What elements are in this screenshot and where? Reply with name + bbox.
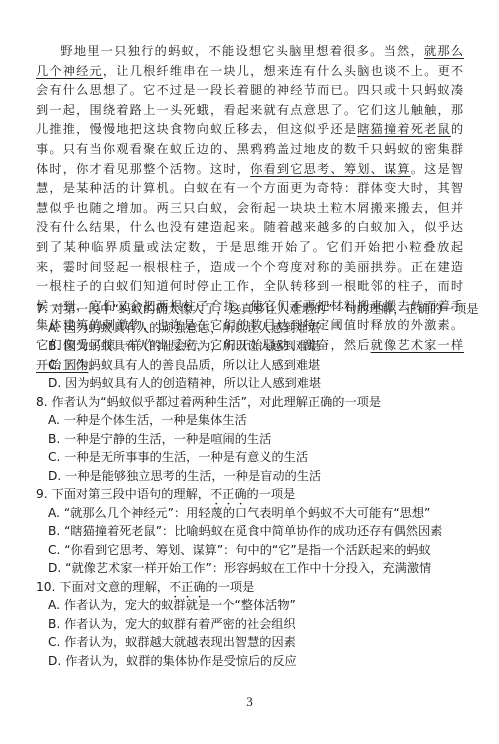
question-8: 8. 作者认为“蚂蚁似乎都过着两种生活”，对此理解正确的一项是 A. 一种是个体…	[36, 393, 476, 486]
question-stem: 7. 对第一段中“蚂蚁的确太像人了，这真够让人难堪的”一句的理解，正确的一项是	[36, 300, 476, 319]
option-c: C. 因为蚂蚁具有人的善良品质，所以让人感到难堪	[36, 356, 476, 375]
stem-prefix: 10. 下面对文意的理解，	[36, 580, 169, 594]
option-d: D. “就像艺术家一样开始工作”：形容蚂蚁在工作中十分投入，充满激情	[36, 559, 476, 578]
option-b: B. 因为蚂蚁具有人的社会行为，所以让人感到难堪	[36, 337, 476, 356]
option-a: A. 作者认为，宠大的蚁群就是一个“整体活物”	[36, 596, 476, 615]
option-a: A. “就那么几个神经元”：用轻蔑的口气表明单个蚂蚁不大可能有“思想”	[36, 504, 476, 523]
option-d: D. 一种是能够独立思考的生活，一种是盲动的生活	[36, 467, 476, 486]
emphasized-text: 不正确	[169, 580, 206, 594]
option-a: A. 一种是个体生活，一种是集体生活	[36, 411, 476, 430]
passage-text: 野地里一只独行的蚂蚁，不能设想它头脑里想着很多。当然，	[60, 44, 424, 58]
question-stem: 9. 下面对第三段中语句的理解，不正确的一项是	[36, 485, 476, 504]
underlined-phrase: 瞎猫撞着死老鼠	[357, 122, 451, 136]
stem-suffix: 的一项是	[247, 487, 296, 501]
question-10: 10. 下面对文意的理解，不正确的一项是 A. 作者认为，宠大的蚁群就是一个“整…	[36, 578, 476, 671]
option-b: B. 一种是宁静的生活，一种是喧闹的生活	[36, 430, 476, 449]
option-b: B. “瞎猫撞着死老鼠”：比喻蚂蚁在觅食中简单协作的成功还存有偶然因素	[36, 522, 476, 541]
stem-prefix: 9. 下面对第三段中语句的理解，	[36, 487, 210, 501]
option-d: D. 因为蚂蚁具有人的创造精神，所以让人感到难堪	[36, 374, 476, 393]
underlined-phrase: 你看到它思考、筹划、谋算	[250, 162, 411, 176]
question-7: 7. 对第一段中“蚂蚁的确太像人了，这真够让人难堪的”一句的理解，正确的一项是 …	[36, 300, 476, 393]
question-stem: 10. 下面对文意的理解，不正确的一项是	[36, 578, 476, 597]
emphasized-text: 不正确	[210, 487, 247, 501]
question-list: 7. 对第一段中“蚂蚁的确太像人了，这真够让人难堪的”一句的理解，正确的一项是 …	[36, 300, 476, 670]
option-a: A. 因为蚂蚁具有人的顽强意志，所以让人感到难堪	[36, 319, 476, 338]
question-stem: 8. 作者认为“蚂蚁似乎都过着两种生活”，对此理解正确的一项是	[36, 393, 476, 412]
page-number: 3	[0, 694, 499, 710]
option-c: C. 一种是无所事事的生活，一种是有意义的生活	[36, 448, 476, 467]
option-c: C. 作者认为，蚁群越大就越表现出智慧的因素	[36, 633, 476, 652]
option-b: B. 作者认为，宠大的蚁群有着严密的社会组织	[36, 615, 476, 634]
question-9: 9. 下面对第三段中语句的理解，不正确的一项是 A. “就那么几个神经元”：用轻…	[36, 485, 476, 578]
option-d: D. 作者认为，蚁群的集体协作是受惊后的反应	[36, 652, 476, 671]
option-c: C. “你看到它思考、筹划、谋算”：句中的“它”是指一个活跃起来的蚂蚁	[36, 541, 476, 560]
stem-suffix: 的一项是	[206, 580, 255, 594]
